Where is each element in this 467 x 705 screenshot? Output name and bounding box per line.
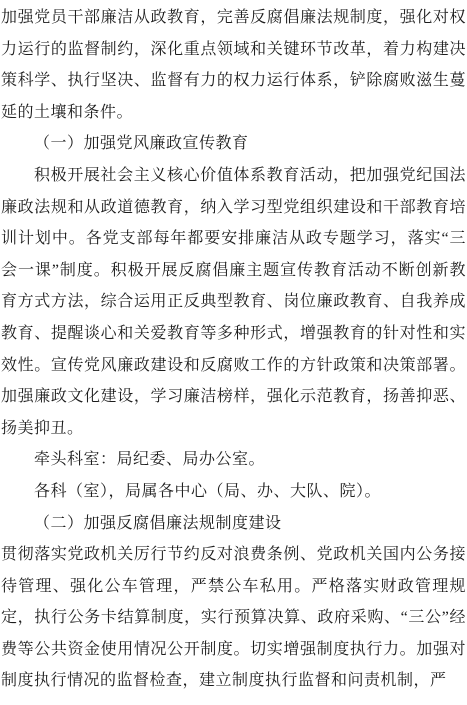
paragraph: 积极开展社会主义核心价值体系教育活动，把加强党纪国法廉政法规和从政道德教育，纳入… <box>1 160 466 444</box>
section-heading: （二）加强反腐倡廉法规制度建设 <box>1 508 466 540</box>
paragraph: 牵头科室：局纪委、局办公室。 <box>1 444 466 476</box>
section-heading: （一）加强党风廉政宣传教育 <box>1 128 466 160</box>
paragraph: 加强党员干部廉洁从政教育，完善反腐倡廉法规制度，强化对权力运行的监督制约，深化重… <box>1 2 466 128</box>
document-page: 加强党员干部廉洁从政教育，完善反腐倡廉法规制度，强化对权力运行的监督制约，深化重… <box>0 0 467 705</box>
paragraph: 各科（室），局属各中心（局、办、大队、院）。 <box>1 476 466 508</box>
paragraph: 贯彻落实党政机关厉行节约反对浪费条例、党政机关国内公务接待管理、强化公车管理，严… <box>1 539 466 697</box>
